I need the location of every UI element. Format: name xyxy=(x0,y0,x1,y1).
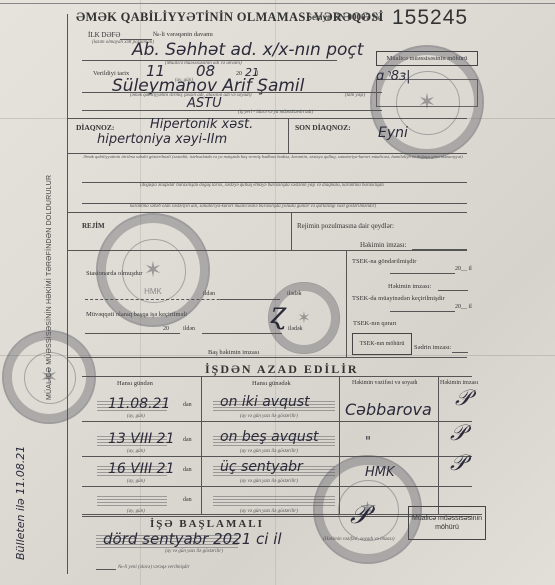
hmk-round-stamp: ✶ HMK xyxy=(96,213,210,327)
from-suffix: dan xyxy=(183,467,192,473)
age-caption: (tam yaşı) xyxy=(345,93,365,98)
series-value: SN 00007 xyxy=(334,12,370,22)
from-suffix: dan xyxy=(183,402,192,408)
diagnosis-value-1: Hipertonik xəst. xyxy=(150,117,253,132)
release-top-line xyxy=(67,357,467,358)
sick-leave-certificate: ƏMƏK QABİLİYYƏTİNİN OLMAMASI VƏRƏQƏSİ Se… xyxy=(0,0,555,585)
doctor-signature: 𝒫 xyxy=(450,451,466,476)
regime-divider xyxy=(291,212,292,250)
chief-signature: ɀ xyxy=(270,296,286,331)
final-diagnosis-label: SON DİAQNOZ: xyxy=(295,123,351,132)
workplace: ASTU xyxy=(187,96,222,111)
tsek-sent-label: TSEK-na göndərilmişdir xyxy=(352,258,416,265)
return-to-work-date: dörd sentyabr 2021 ci il xyxy=(103,530,282,548)
column-doctor: Həkimin vəzifəsi və soyadı xyxy=(352,380,417,386)
release-row-doctor: Cəbbarova xyxy=(345,400,432,419)
from-caption: (ay, gün) xyxy=(127,414,145,419)
final-diagnosis-value: Eyni xyxy=(378,125,408,141)
release-row-to: on beş avqust xyxy=(220,429,319,445)
side-handwritten-note: Bülleten ilə 11.08.21 xyxy=(14,446,27,560)
document-number: 155245 xyxy=(392,6,468,30)
tsek-doctor-signature-label: Həkimin imzası: xyxy=(388,283,431,290)
workplace-caption: (iş yeri - idarə və ya müəssisənin adı) xyxy=(238,110,313,115)
to-caption: (ay və gün yazı ilə göstərilir) xyxy=(240,414,298,419)
tsek-seal-box: TSEK-nın möhürü xyxy=(352,333,412,355)
page-edge xyxy=(0,3,555,4)
from-suffix: dan xyxy=(183,437,192,443)
tsek-signature-line xyxy=(438,290,468,291)
from-date-stripes xyxy=(97,494,167,508)
institution-name: Ab. Səhhət ad. x/x-nın poçt xyxy=(132,40,363,60)
transfer-from-line xyxy=(85,333,180,334)
return-to-work-title: İŞƏ BAŞLAMALI xyxy=(150,518,264,530)
release-row-from: 13 VIII 21 xyxy=(108,431,175,447)
from-caption: (ay, gün) xyxy=(127,479,145,484)
release-row-to: on iki avqust xyxy=(220,394,310,410)
tsek-decision-label: TSEK-nın qərarı xyxy=(353,320,397,327)
tsek-chairman-signature-label: Sədrin imzası: xyxy=(414,344,451,351)
violations-label: Rejimin pozulmasına dair qeydlər: xyxy=(297,222,394,230)
return-to-work-caption: (ay və gün yazı ilə göstərilir) xyxy=(165,549,223,554)
column-from: Hansı gündən xyxy=(117,380,153,387)
reason-caption: Əmək qabiliyyətinin itirilmə səbəbi göst… xyxy=(78,154,468,160)
diagnosis-top-line xyxy=(67,118,467,119)
release-row-from: 16 VIII 21 xyxy=(108,461,175,477)
tsek-examined-year: 20__ il xyxy=(455,304,472,310)
from-caption: (ay, gün) xyxy=(127,449,145,454)
continuation-label: №-li vərəqənin davamı xyxy=(153,31,213,38)
to-caption: (ay və gün yazı ilə göstərilir) xyxy=(240,479,298,484)
diagnosis-label: DİAQNOZ: xyxy=(76,123,114,132)
star-emblem-icon: ✶ xyxy=(98,215,208,325)
clinic-round-stamp: ✶ xyxy=(370,45,484,159)
diagnosis-divider xyxy=(288,118,289,153)
diagnosis-value-2: hipertoniya xəyi-IIm xyxy=(97,132,227,147)
regime-doctor-signature-label: Həkimin imzası: xyxy=(360,241,406,249)
stamp-text: HMK xyxy=(98,287,208,296)
chief-signature-label: Baş həkimin imzası xyxy=(208,349,259,356)
doctor-signature: 𝒫 xyxy=(450,421,466,446)
release-title: İŞDƏN AZAD EDİLİR xyxy=(205,362,359,377)
side-round-stamp: ✶ xyxy=(2,330,96,424)
stamp-handwritten-scribble: ɑ⸃8ɜ| xyxy=(376,66,411,84)
release-row-line xyxy=(82,421,472,422)
tsek-sent-date-line xyxy=(390,273,455,274)
workplace-line xyxy=(82,110,382,111)
release-header-line xyxy=(82,376,472,377)
childbirth-caption: (doğuşla əlaqədar buraxılışda doğuş tari… xyxy=(140,183,384,188)
quarantine-caption: karantina səbəb olan xəstəliyin adı, san… xyxy=(130,204,376,209)
return-doctor-signature: 𝒫 xyxy=(350,500,369,531)
duplicate-line xyxy=(96,569,116,570)
first-time-label: İLK DƏFƏ xyxy=(88,31,120,39)
star-emblem-icon: ✶ xyxy=(4,332,94,422)
column-to: Hansı günədək xyxy=(252,380,291,387)
release-row-from: 11.08.21 xyxy=(108,396,170,412)
transfer-year-prefix: 20 xyxy=(163,326,169,332)
tsek-sent-year: 20__ il xyxy=(455,266,472,272)
release-row-to: üç sentyabr xyxy=(220,459,303,475)
tsek-examined-date-line xyxy=(390,311,455,312)
series-label: Seriya SN 00007 № xyxy=(307,12,381,22)
tsek-seal-label: TSEK-nın möhürü xyxy=(353,334,411,354)
release-col-divider xyxy=(438,376,439,514)
from-suffix: dan xyxy=(183,497,192,503)
duplicate-caption: №-li yeni (əlavə) vərəqə verilmişdir xyxy=(118,565,190,570)
transfer-from-label: ildən xyxy=(183,326,195,332)
to-caption: (ay və gün yazı ilə göstərilir) xyxy=(240,449,298,454)
regime-top-line xyxy=(67,212,467,213)
doctor-signature: 𝒫 xyxy=(455,386,471,411)
tsek-examined-label: TSEK-da müayinədən keçirilmişdir xyxy=(352,295,445,302)
tsek-divider xyxy=(346,250,347,357)
release-row-doctor: " xyxy=(365,435,371,450)
chairman-signature-line xyxy=(452,352,468,353)
release-col-divider xyxy=(201,376,202,514)
